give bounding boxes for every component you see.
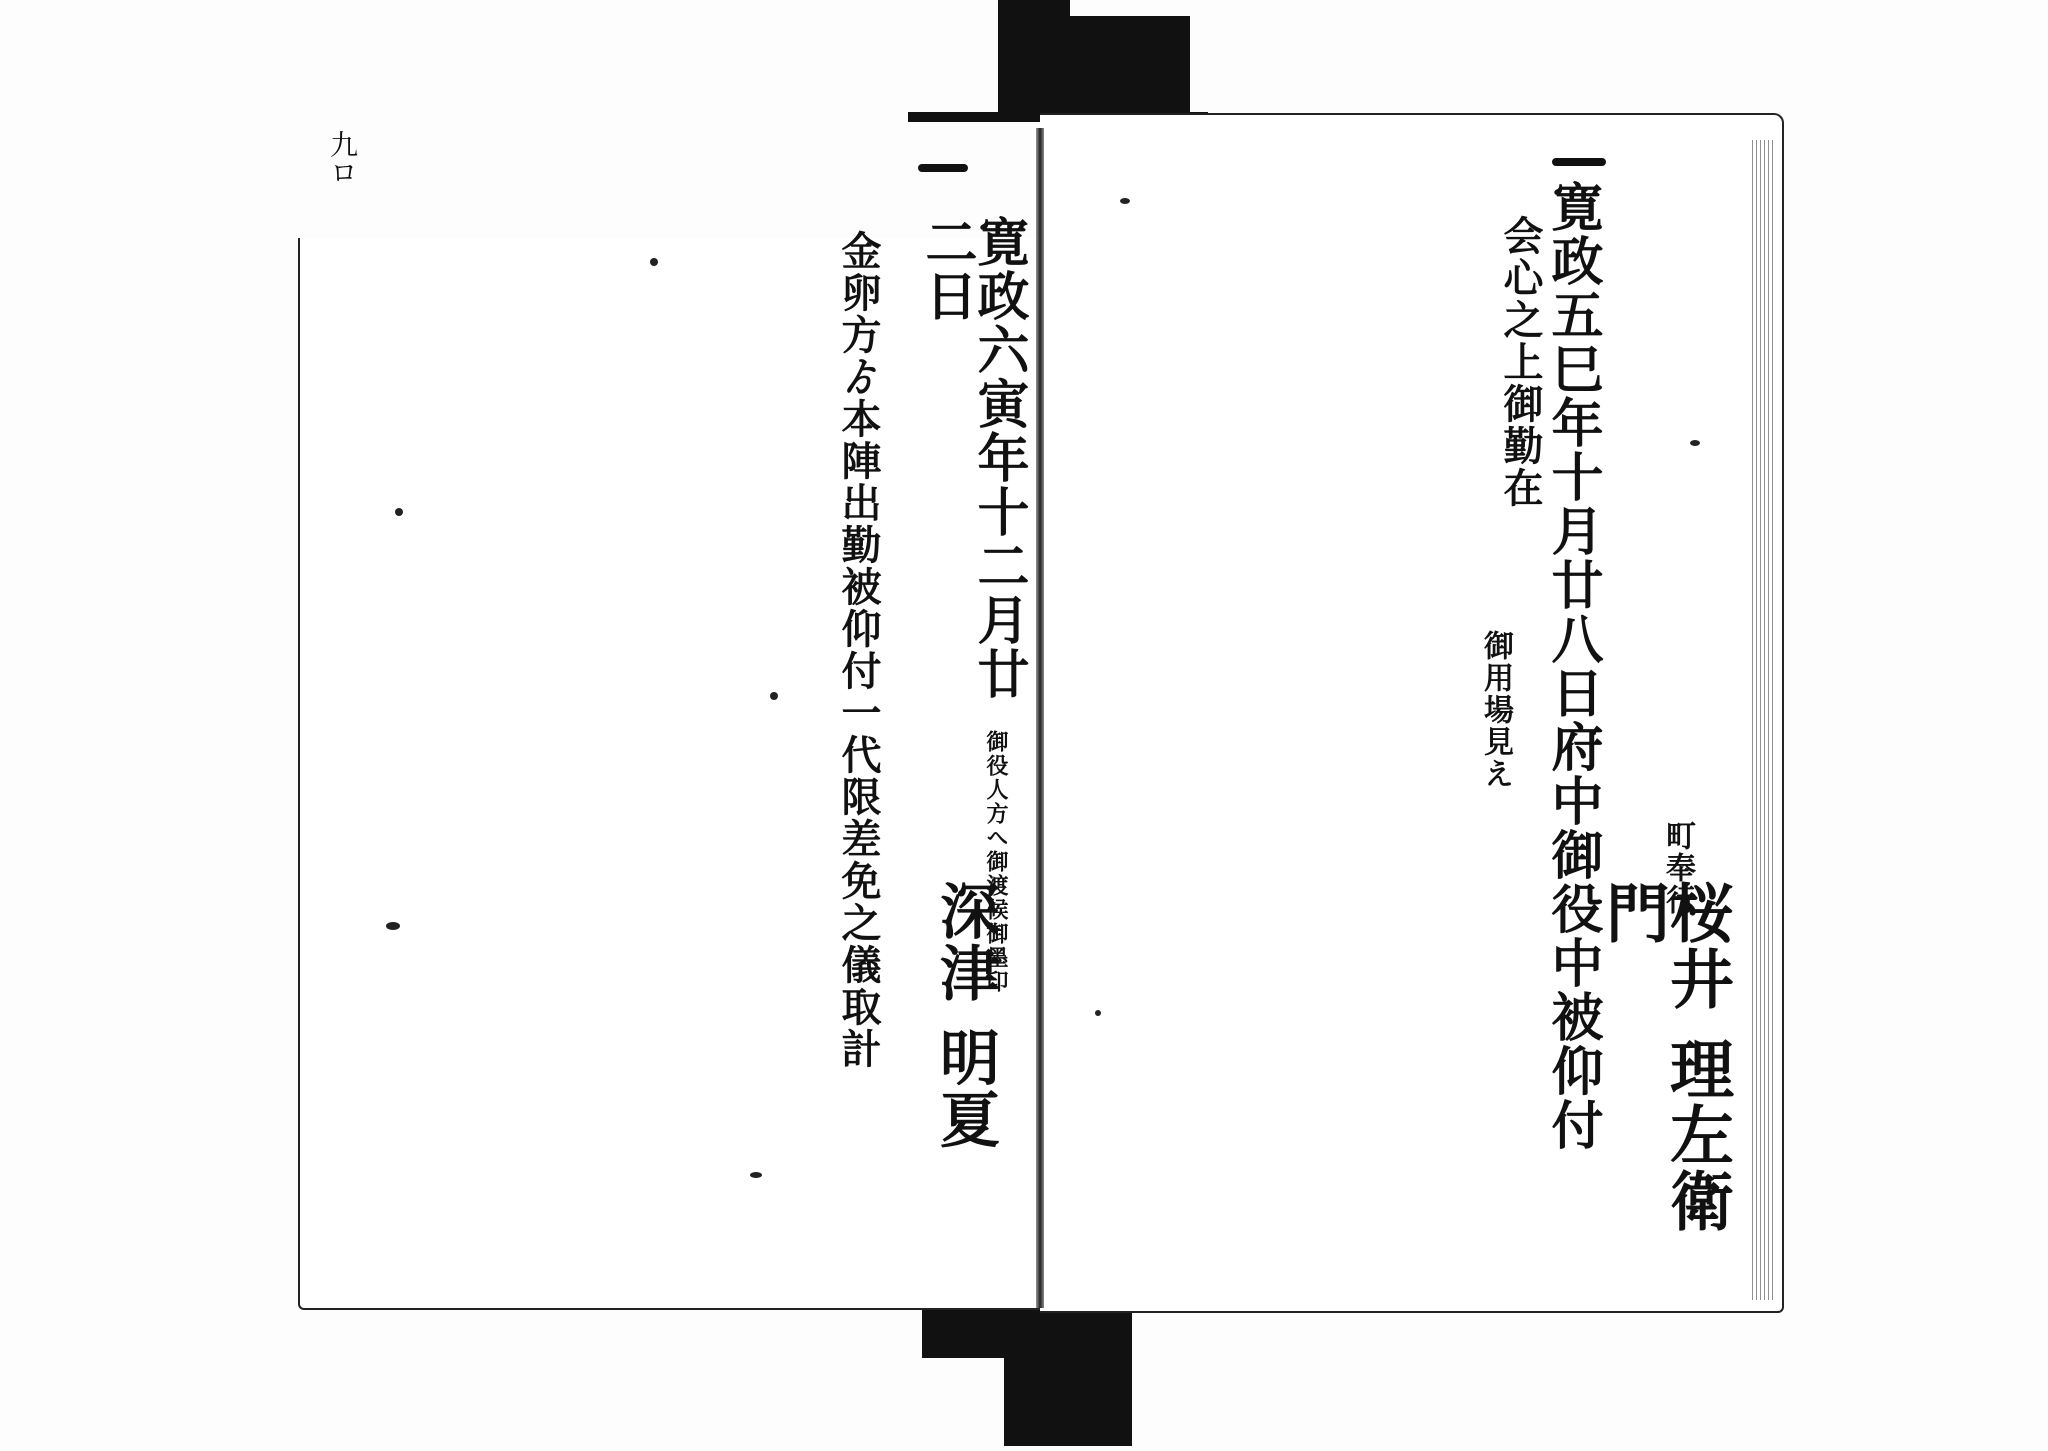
item-marker-left	[918, 164, 968, 172]
speck	[1120, 198, 1130, 204]
speck	[750, 1172, 762, 1178]
left-signatory-name: 深津 明夏	[935, 880, 995, 1200]
speck	[1690, 440, 1700, 446]
folio-mark: 九ロ	[322, 130, 362, 186]
left-main-line: 寛政六寅年十二月廿二日	[920, 215, 1024, 735]
item-marker-right	[1552, 158, 1606, 166]
speck	[650, 258, 658, 266]
book-spine	[1036, 128, 1044, 1308]
speck	[1095, 1010, 1101, 1016]
speck	[770, 692, 778, 700]
right-second-line: 会心之上御勤在	[1500, 215, 1540, 635]
speck	[395, 508, 403, 516]
page-edge-stack	[1752, 140, 1776, 1300]
scan-artifact-top-wide	[998, 16, 1190, 116]
scan-artifact-bottom-tall	[1004, 1306, 1132, 1446]
speck	[386, 922, 400, 930]
right-signatory-name: 桜井 理左衛門	[1600, 880, 1728, 1240]
left-second-line: 金卵方ゟ本陣出勤被仰付一代限差免之儀取計	[838, 230, 878, 1130]
right-note: 御用場見え	[1480, 630, 1510, 890]
right-main-line: 寛政五巳年十月廿八日府中御役中被仰付	[1546, 180, 1598, 1180]
